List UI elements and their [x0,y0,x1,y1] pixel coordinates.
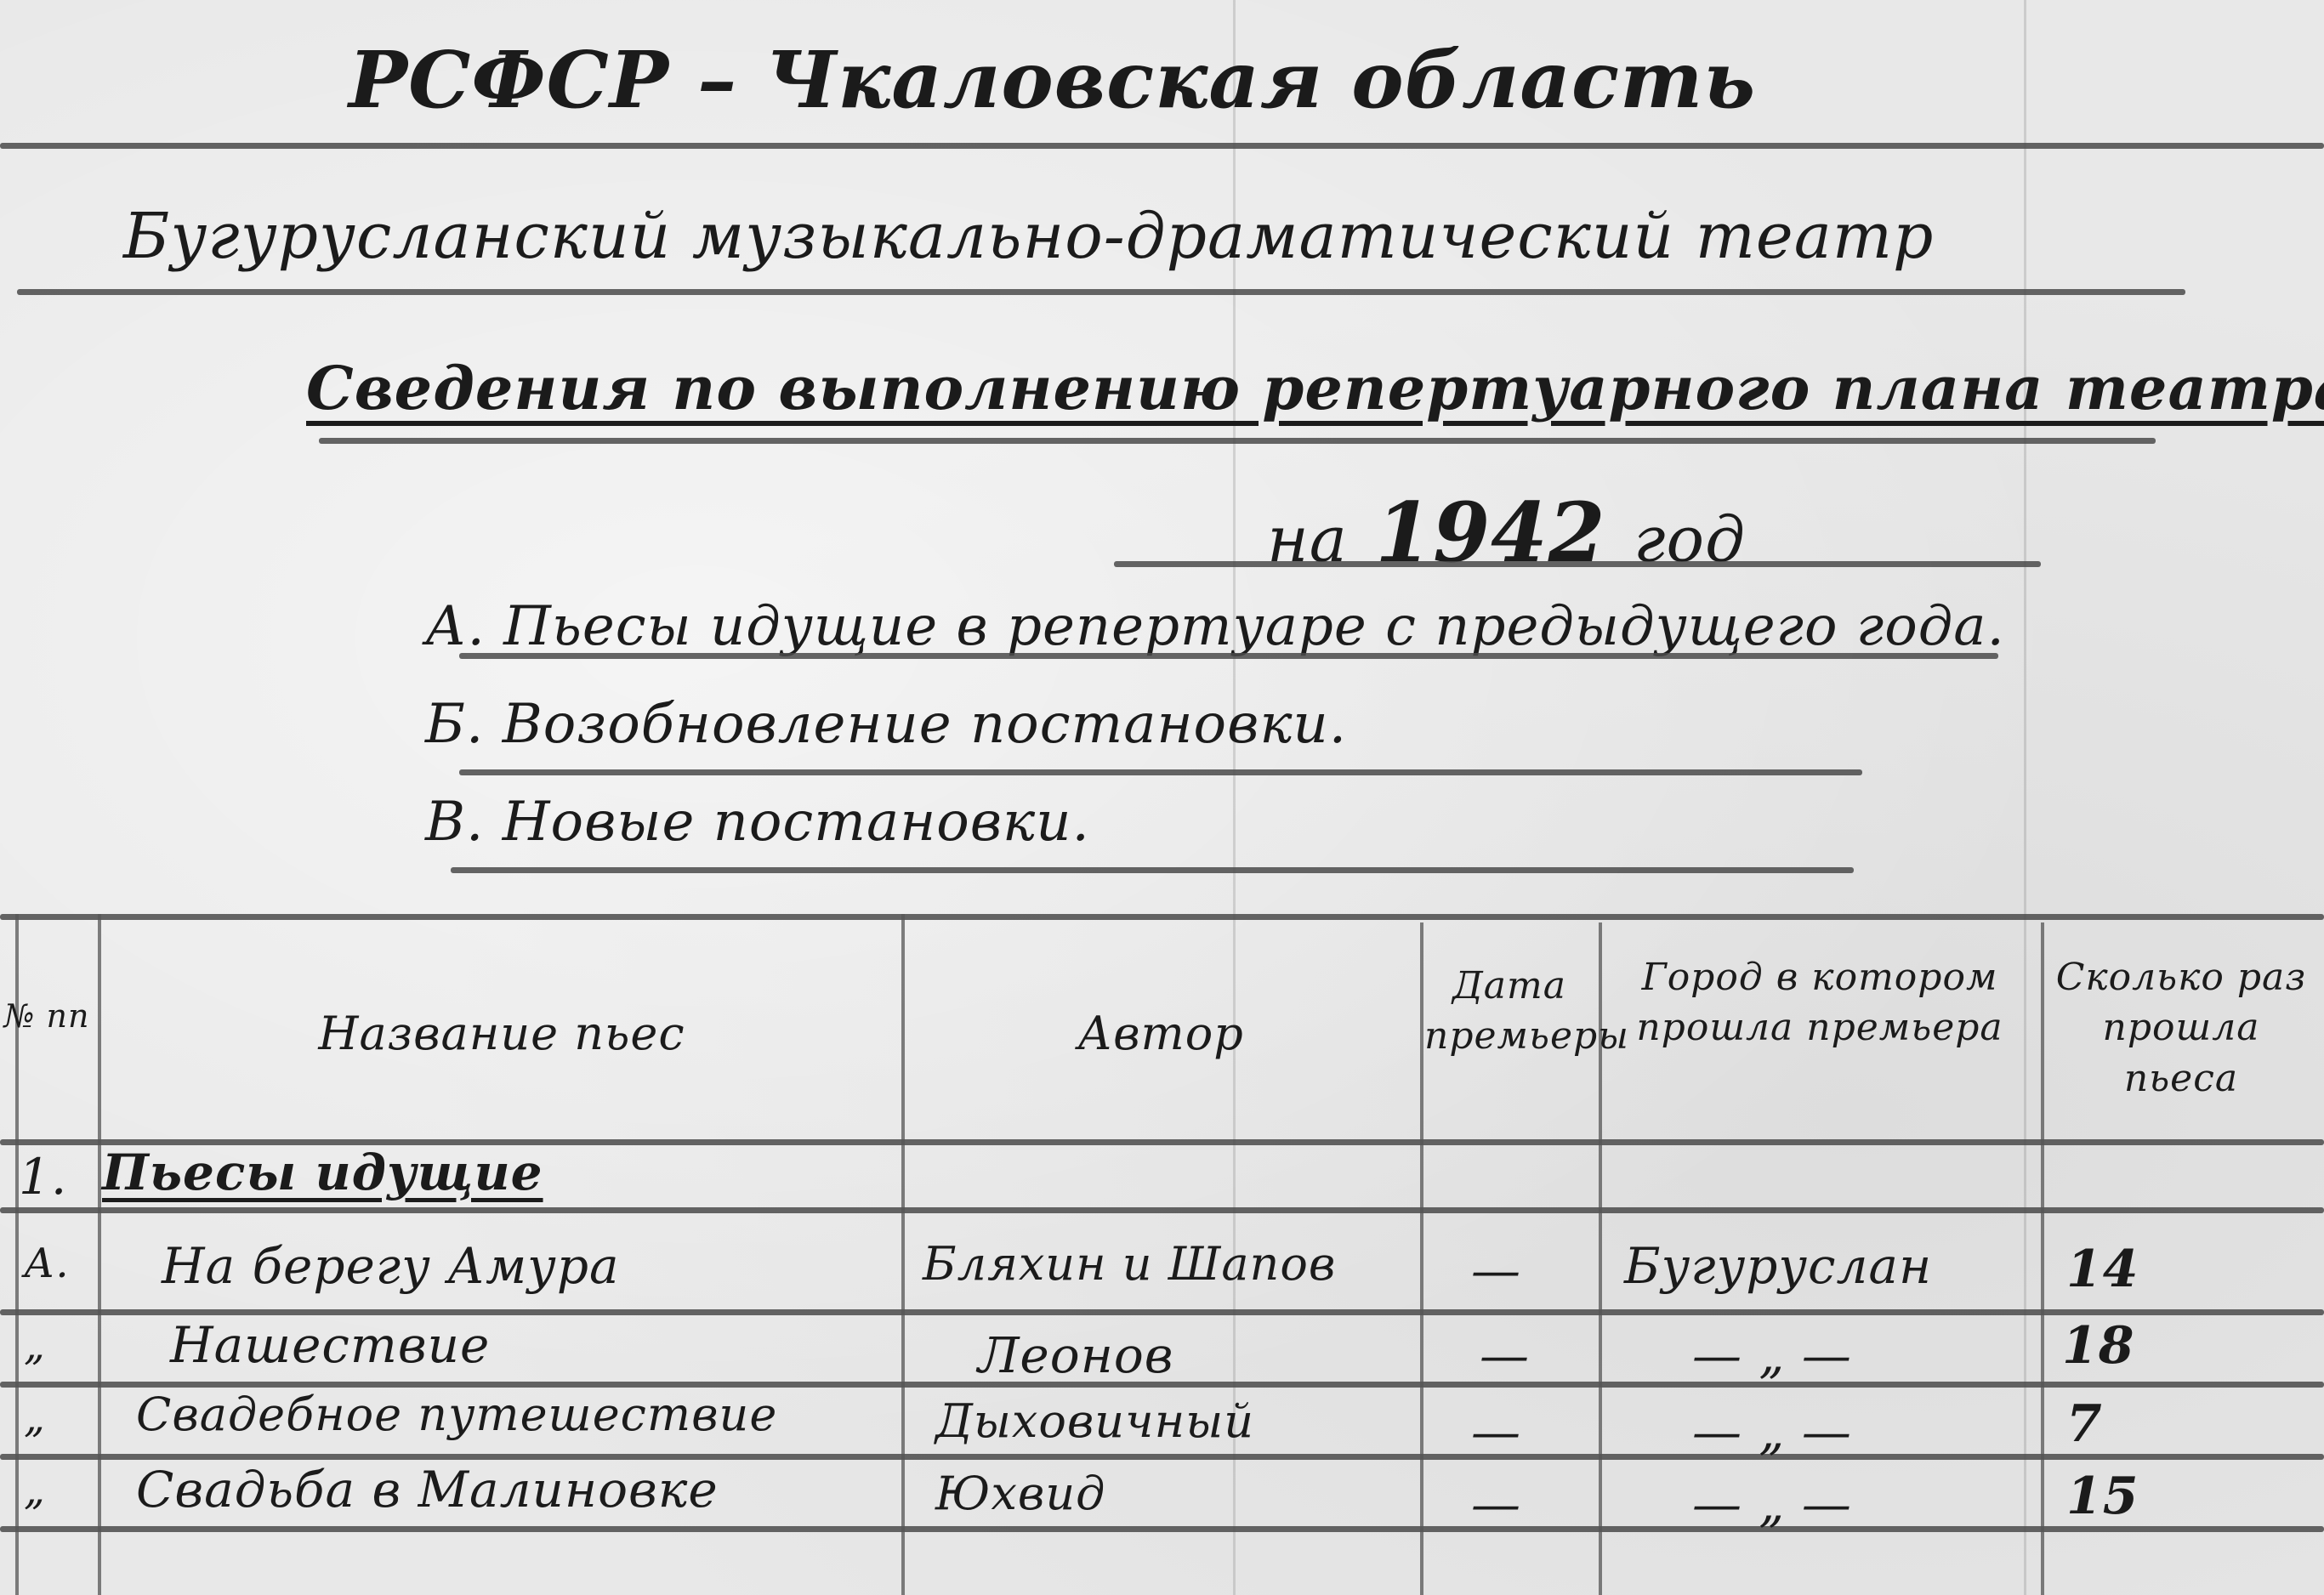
premiere-city: Бугуруслан [1624,1237,1932,1295]
column-divider [2041,922,2044,1595]
section-a: А. Пьесы идущие в репертуаре с предыдуще… [425,595,2005,658]
institution-name: Бугурусланский музыкально-драматический … [123,200,1934,273]
premiere-city: — „ — [1692,1403,1852,1461]
premiere-city: — „ — [1692,1475,1852,1533]
performance-count: 18 [2062,1316,2135,1376]
performance-count: 14 [2066,1240,2139,1299]
play-title: Свадебное путешествие [136,1388,777,1441]
header-premiere-city: Город в котором прошла премьера [1607,952,2032,1053]
row-number: „ [24,1467,46,1514]
play-author: Леонов [978,1326,1174,1384]
group-number: 1. [19,1148,67,1206]
table-border [0,1526,2324,1532]
premiere-date: — [1471,1475,1521,1533]
rule-line [17,289,2185,295]
group-label: Пьесы идущие [102,1144,543,1201]
rule-line [0,143,2324,149]
play-title: На берегу Амура [162,1237,620,1295]
row-number: А. [24,1240,70,1287]
performance-count: 7 [2066,1394,2103,1454]
column-divider [1420,922,1423,1595]
play-author: Бляхин и Шапов [923,1237,1336,1291]
header-number: № пп [0,995,94,1038]
rule-line [319,438,2156,444]
paper-fold [2024,0,2026,1595]
premiere-date: — [1471,1241,1521,1299]
row-number: „ [24,1394,46,1442]
header-premiere-date: Дата премьеры [1424,961,1594,1062]
table-border [0,914,2324,920]
premiere-city: — „ — [1692,1326,1852,1384]
column-divider [98,914,101,1595]
rule-line [459,769,1862,775]
header-title: Название пьес [128,1003,876,1065]
rule-line [451,867,1854,873]
rule-line [1114,561,2041,567]
premiere-date: — [1480,1326,1530,1384]
play-title: Свадьба в Малиновке [136,1461,719,1518]
performance-count: 15 [2066,1467,2139,1526]
region-heading: РСФСР – Чкаловская область [349,34,1756,126]
section-b: Б. Возобновление постановки. [425,693,1347,756]
play-author: Дыховичный [935,1394,1254,1448]
rule-line [459,653,1998,659]
column-divider [901,914,905,1595]
section-c: В. Новые постановки. [425,791,1090,854]
header-performance-count: Сколько раз прошла пьеса [2045,952,2317,1104]
table-border [0,1207,2324,1213]
row-number: „ [24,1322,46,1370]
play-title: Нашествие [170,1316,490,1374]
table-border [0,1454,2324,1460]
play-author: Юхвид [935,1467,1105,1520]
header-author: Автор [910,1003,1412,1065]
table-border [0,1309,2324,1315]
document-page: РСФСР – Чкаловская область Бугуруслански… [0,0,2324,1595]
premiere-date: — [1471,1403,1521,1461]
report-title: Сведения по выполнению репертуарного пла… [306,353,2324,423]
